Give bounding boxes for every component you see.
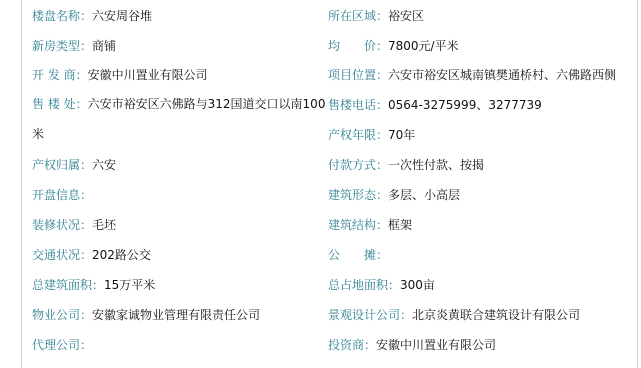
field-developer: 开 发 商：安徽中川置业有限公司	[32, 67, 208, 83]
field-ownership-term: 产权年限：70年	[328, 127, 415, 143]
field-opening-info: 开盘信息：	[32, 187, 92, 203]
field-value: 0564-3275999、3277739	[388, 98, 542, 112]
field-investor: 投资商：安徽中川置业有限公司	[328, 337, 496, 353]
field-label: 产权归属：	[32, 158, 92, 172]
field-label: 公 摊：	[328, 248, 388, 262]
field-value: 15万平米	[104, 278, 155, 292]
field-label: 建筑形态：	[328, 188, 388, 202]
field-value: 300亩	[400, 278, 435, 292]
field-label: 项目位置：	[328, 68, 388, 82]
field-value: 安徽家诚物业管理有限责任公司	[92, 308, 260, 322]
field-label: 开 发 商：	[32, 68, 88, 82]
field-landscape-design: 景观设计公司：北京炎黄联合建筑设计有限公司	[328, 307, 580, 323]
field-label: 建筑结构：	[328, 218, 388, 232]
field-value: 安徽中川置业有限公司	[376, 338, 496, 352]
field-value: 商铺	[92, 39, 116, 53]
field-label: 总占地面积：	[328, 278, 400, 292]
field-label: 售楼电话：	[328, 98, 388, 112]
field-shared-area: 公 摊：	[328, 247, 388, 263]
field-label: 开盘信息：	[32, 188, 92, 202]
field-agency: 代理公司：	[32, 337, 92, 353]
field-building-form: 建筑形态：多层、小高层	[328, 187, 460, 203]
field-decoration: 装修状况：毛坯	[32, 217, 116, 233]
field-total-land-area: 总占地面积：300亩	[328, 277, 435, 293]
field-value: 框架	[388, 218, 412, 232]
field-value: 六安周谷堆	[92, 9, 152, 23]
field-label: 售 楼 处：	[32, 97, 88, 111]
field-label: 新房类型：	[32, 39, 92, 53]
field-sales-office: 售 楼 处：六安市裕安区六佛路与312国道交口以南100米	[32, 89, 327, 149]
field-property-type: 新房类型：商铺	[32, 38, 116, 54]
field-value: 一次性付款、按揭	[388, 158, 484, 172]
field-label: 所在区域：	[328, 9, 388, 23]
field-payment-method: 付款方式：一次性付款、按揭	[328, 157, 484, 173]
field-label: 景观设计公司：	[328, 308, 412, 322]
field-value: 安徽中川置业有限公司	[88, 68, 208, 82]
field-total-floor-area: 总建筑面积：15万平米	[32, 277, 155, 293]
field-label: 总建筑面积：	[32, 278, 104, 292]
field-label: 代理公司：	[32, 338, 92, 352]
field-label: 装修状况：	[32, 218, 92, 232]
field-label: 均 价：	[328, 39, 388, 53]
field-value: 7800元/平米	[388, 39, 459, 53]
field-value: 六安	[92, 158, 116, 172]
field-ownership: 产权归属：六安	[32, 157, 116, 173]
field-value: 毛坯	[92, 218, 116, 232]
field-average-price: 均 价：7800元/平米	[328, 38, 459, 54]
field-label: 付款方式：	[328, 158, 388, 172]
field-value: 202路公交	[92, 248, 151, 262]
field-label: 交通状况：	[32, 248, 92, 262]
field-value: 多层、小高层	[388, 188, 460, 202]
field-value: 北京炎黄联合建筑设计有限公司	[412, 308, 580, 322]
field-value: 六安市裕安区城南镇樊通桥村、六佛路西侧	[388, 68, 616, 82]
field-property-management: 物业公司：安徽家诚物业管理有限责任公司	[32, 307, 260, 323]
field-label: 楼盘名称：	[32, 9, 92, 23]
field-project-name: 楼盘名称：六安周谷堆	[32, 8, 152, 24]
field-sales-phone: 售楼电话：0564-3275999、3277739	[328, 97, 542, 113]
field-project-location: 项目位置：六安市裕安区城南镇樊通桥村、六佛路西侧	[328, 67, 616, 83]
field-traffic: 交通状况：202路公交	[32, 247, 151, 263]
field-value: 70年	[388, 128, 415, 142]
field-label: 物业公司：	[32, 308, 92, 322]
field-label: 产权年限：	[328, 128, 388, 142]
field-building-structure: 建筑结构：框架	[328, 217, 412, 233]
field-label: 投资商：	[328, 338, 376, 352]
field-value: 裕安区	[388, 9, 424, 23]
field-district: 所在区域：裕安区	[328, 8, 424, 24]
